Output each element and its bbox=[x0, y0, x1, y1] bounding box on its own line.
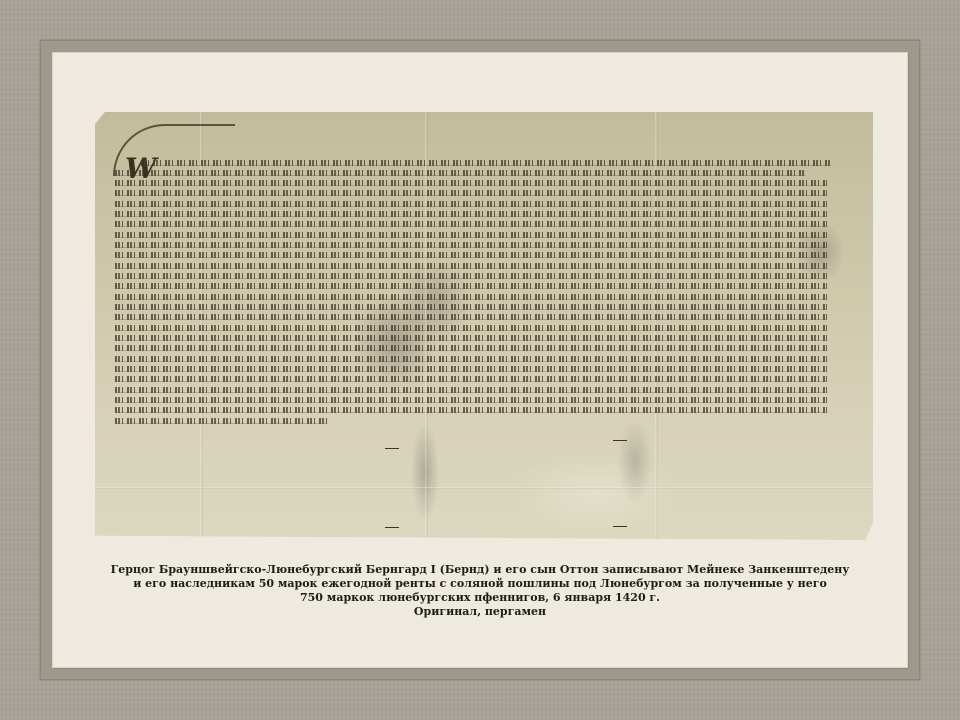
script-line bbox=[115, 180, 827, 186]
script-line bbox=[115, 325, 827, 331]
seal-slit bbox=[613, 526, 627, 527]
script-line bbox=[115, 221, 827, 227]
script-line bbox=[115, 376, 827, 382]
script-line bbox=[115, 201, 827, 207]
script-line bbox=[115, 273, 827, 279]
script-line bbox=[115, 263, 827, 269]
script-line bbox=[115, 294, 827, 300]
script-line bbox=[115, 190, 827, 196]
script-line bbox=[115, 356, 827, 362]
script-line bbox=[115, 304, 827, 310]
script-line bbox=[115, 335, 827, 341]
caption-line-material: Оригинал, пергамен bbox=[53, 605, 907, 619]
caption-line-date: 750 маркок люнебургских пфеннигов, 6 янв… bbox=[53, 591, 907, 605]
script-line bbox=[115, 407, 827, 413]
slide-frame: W bbox=[40, 40, 920, 680]
script-line bbox=[115, 242, 827, 248]
script-line bbox=[115, 387, 827, 393]
seal-slit bbox=[613, 440, 627, 441]
script-line bbox=[115, 345, 827, 351]
script-line bbox=[115, 252, 827, 258]
seal-slit bbox=[385, 527, 399, 528]
script-line bbox=[115, 397, 827, 403]
script-line bbox=[115, 314, 827, 320]
script-line bbox=[115, 232, 827, 238]
script-line bbox=[141, 160, 831, 166]
script-line bbox=[115, 211, 827, 217]
seal-slit bbox=[385, 448, 399, 449]
script-line bbox=[115, 366, 827, 372]
caption-line-details: и его наследникам 50 марок ежегодной рен… bbox=[53, 577, 907, 591]
script-line bbox=[115, 170, 805, 176]
script-line bbox=[115, 283, 827, 289]
caption-line-title: Герцог Брауншвейгско-Люнебургский Бернга… bbox=[53, 563, 907, 577]
script-line bbox=[115, 418, 327, 424]
parchment-document-image: W bbox=[95, 112, 873, 540]
document-caption: Герцог Брауншвейгско-Люнебургский Бернга… bbox=[53, 563, 907, 619]
fold-line bbox=[95, 487, 873, 489]
slide-panel: W bbox=[53, 53, 907, 667]
